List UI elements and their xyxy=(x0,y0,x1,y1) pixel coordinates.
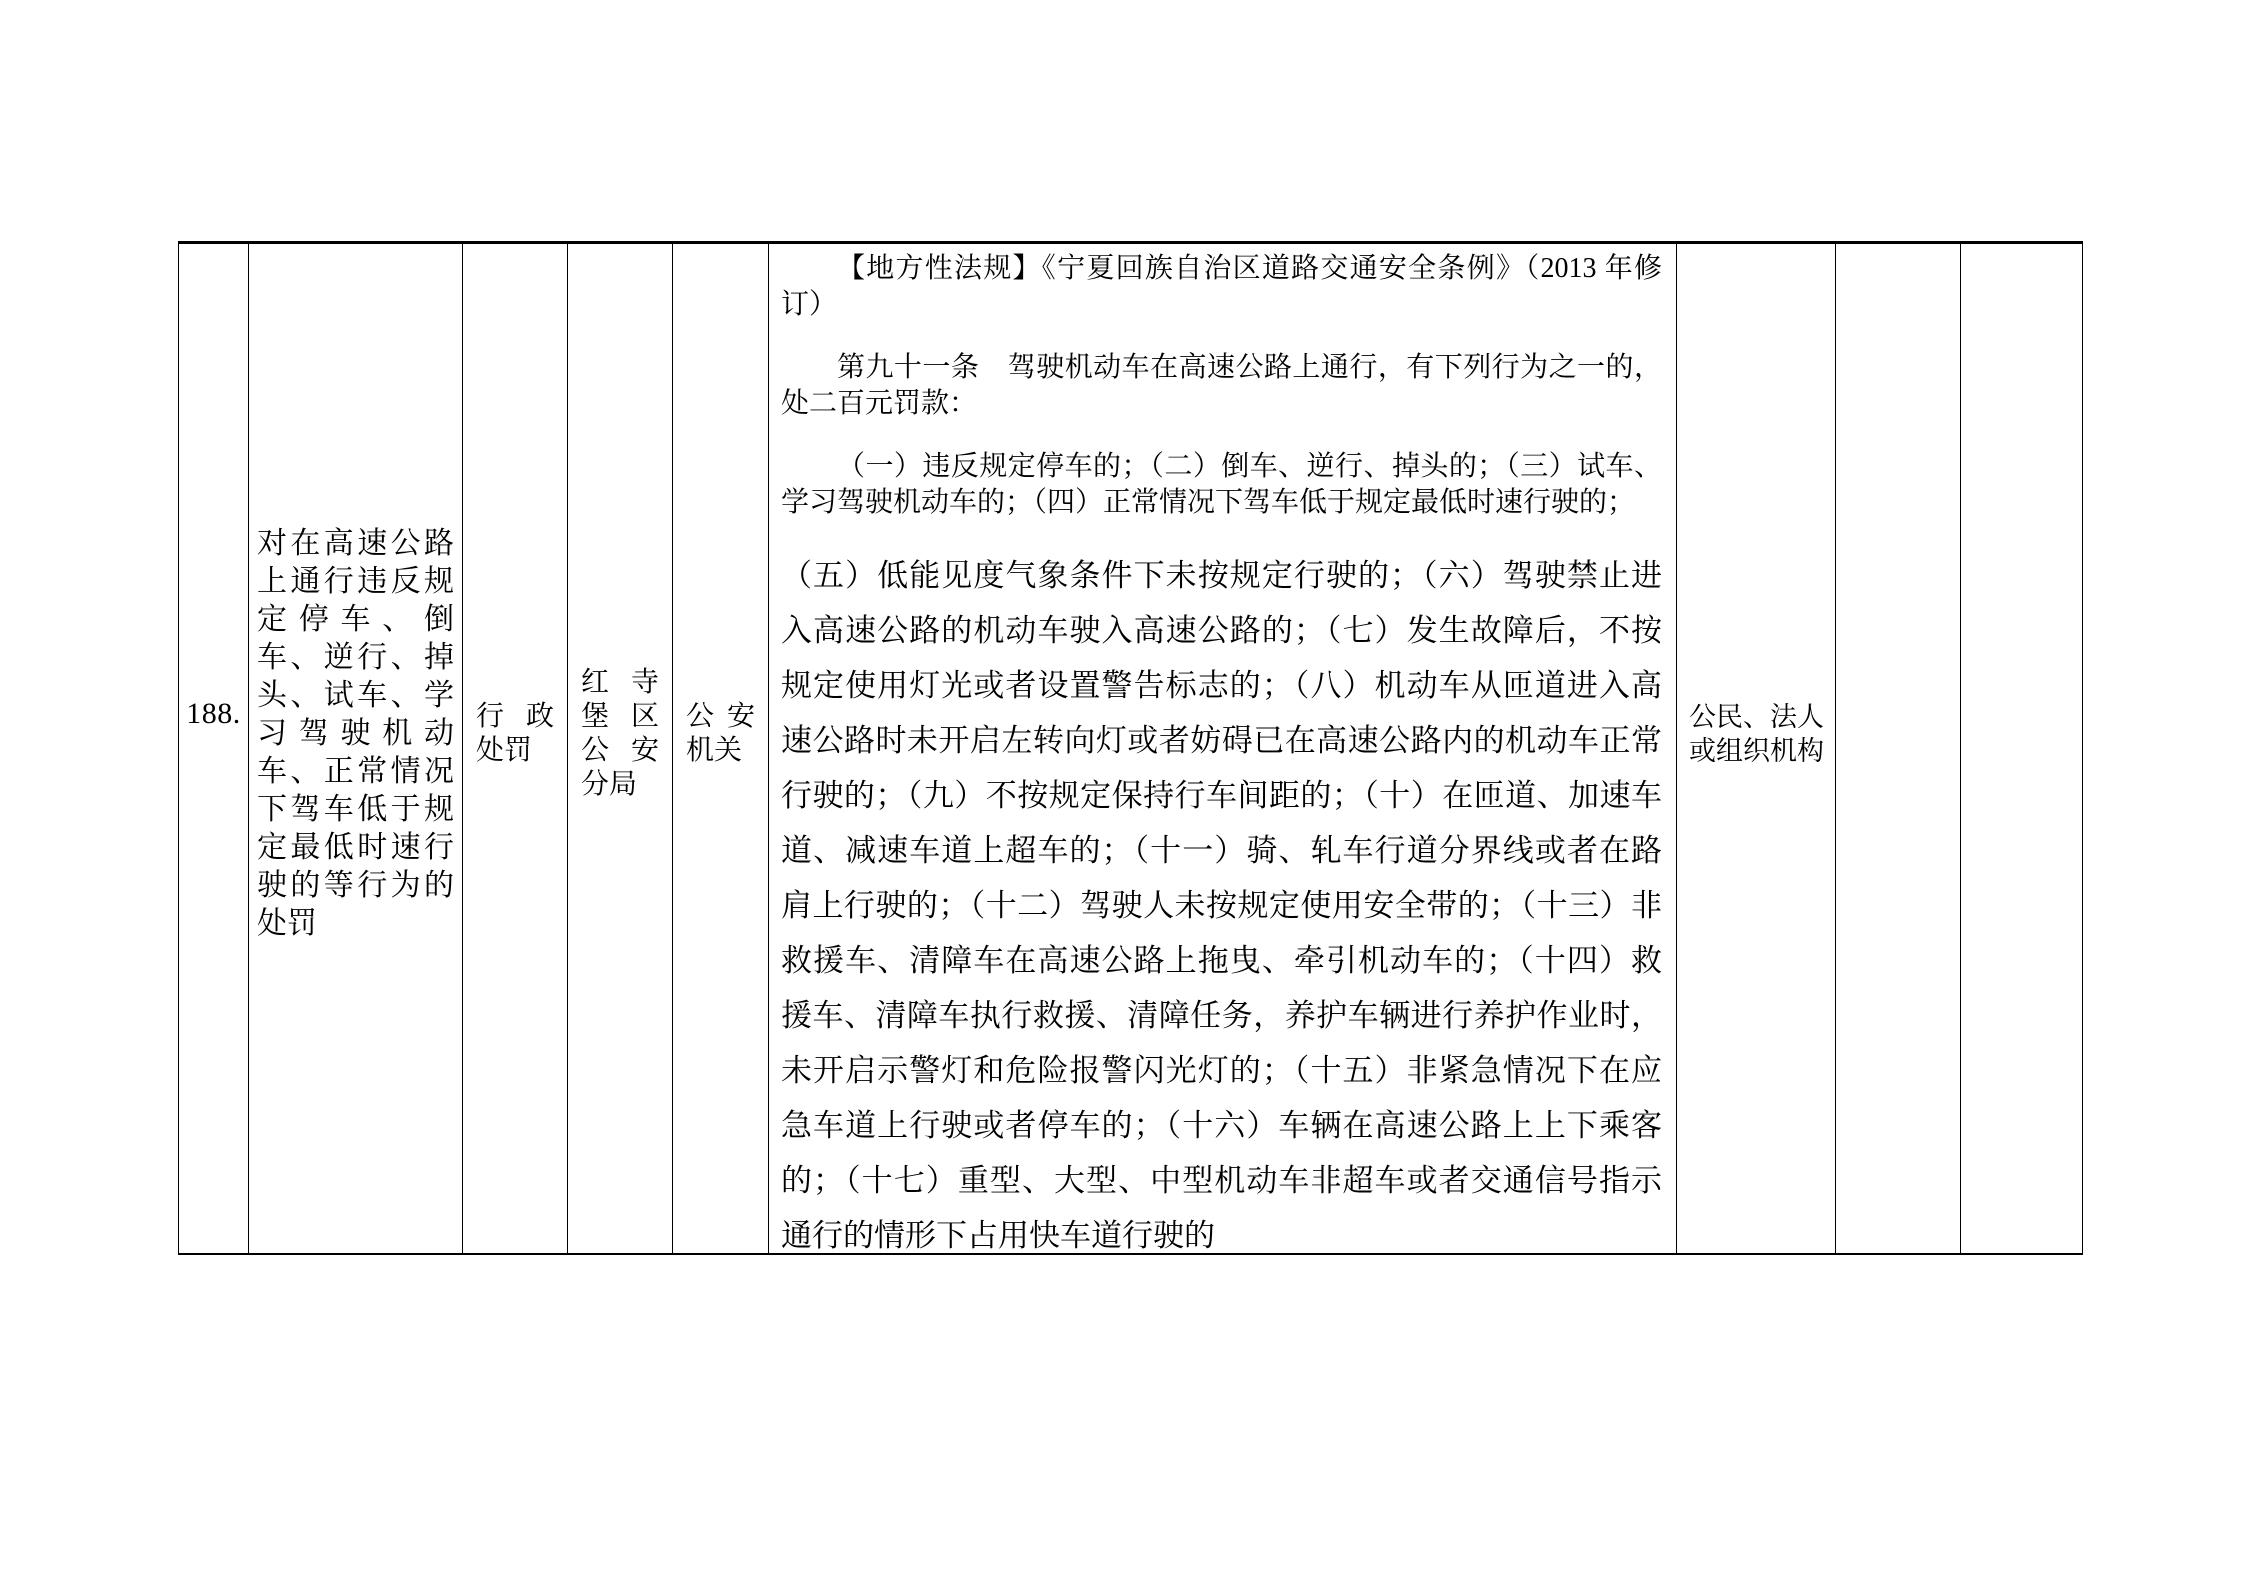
text-line: 堡区 xyxy=(581,700,659,734)
row-number: 188. xyxy=(186,697,241,731)
subject-cell: 公民、法人或组织机构 xyxy=(1677,244,1836,1253)
authority-type-text: 公安机关 xyxy=(673,700,768,768)
legal-basis-paragraph: 第九十一条 驾驶机动车在高速公路上通行，有下列行为之一的，处二百元罚款： xyxy=(781,350,1662,422)
document-page: 188. 对在高速公路上通行违反规定停车、倒车、逆行、掉头、试车、学习驾驶机动车… xyxy=(0,0,2245,1587)
subject-text: 公民、法人或组织机构 xyxy=(1677,700,1835,768)
text-line: 机关 xyxy=(686,734,755,768)
text-line: 公民、法人 xyxy=(1689,700,1823,734)
legal-basis-text: 【地方性法规】《宁夏回族自治区道路交通安全条例》（2013 年修订）第九十一条 … xyxy=(769,244,1676,1253)
empty-cell-2 xyxy=(1961,244,2082,1253)
empty-cell-1 xyxy=(1836,244,1961,1253)
item-name-cell: 对在高速公路上通行违反规定停车、倒车、逆行、掉头、试车、学习驾驶机动车、正常情况… xyxy=(249,244,463,1253)
penalty-type-cell: 行政处罚 xyxy=(463,244,568,1253)
text-line: 公安 xyxy=(686,700,755,734)
text-line: 处罚 xyxy=(476,734,554,768)
text-line: 公安 xyxy=(581,734,659,768)
legal-basis-cell: 【地方性法规】《宁夏回族自治区道路交通安全条例》（2013 年修订）第九十一条 … xyxy=(769,244,1677,1253)
implementing-agency-text: 红寺堡区公安分局 xyxy=(568,666,672,802)
row-number-cell: 188. xyxy=(179,244,249,1253)
legal-basis-paragraph: （五）低能见度气象条件下未按规定行驶的；（六）驾驶禁止进入高速公路的机动车驶入高… xyxy=(781,548,1662,1253)
text-line: 行政 xyxy=(476,700,554,734)
authority-type-cell: 公安机关 xyxy=(673,244,769,1253)
item-name-text: 对在高速公路上通行违反规定停车、倒车、逆行、掉头、试车、学习驾驶机动车、正常情况… xyxy=(249,525,462,943)
text-line: 红寺 xyxy=(581,666,659,700)
legal-basis-paragraph: （一）违反规定停车的；（二）倒车、逆行、掉头的；（三）试车、学习驾驶机动车的；（… xyxy=(781,449,1662,521)
text-line: 或组织机构 xyxy=(1689,734,1823,768)
administrative-penalty-table-row: 188. 对在高速公路上通行违反规定停车、倒车、逆行、掉头、试车、学习驾驶机动车… xyxy=(178,241,2083,1255)
implementing-agency-cell: 红寺堡区公安分局 xyxy=(568,244,673,1253)
penalty-type-text: 行政处罚 xyxy=(463,700,567,768)
text-line: 分局 xyxy=(581,768,659,802)
legal-basis-paragraph: 【地方性法规】《宁夏回族自治区道路交通安全条例》（2013 年修订） xyxy=(781,251,1662,323)
